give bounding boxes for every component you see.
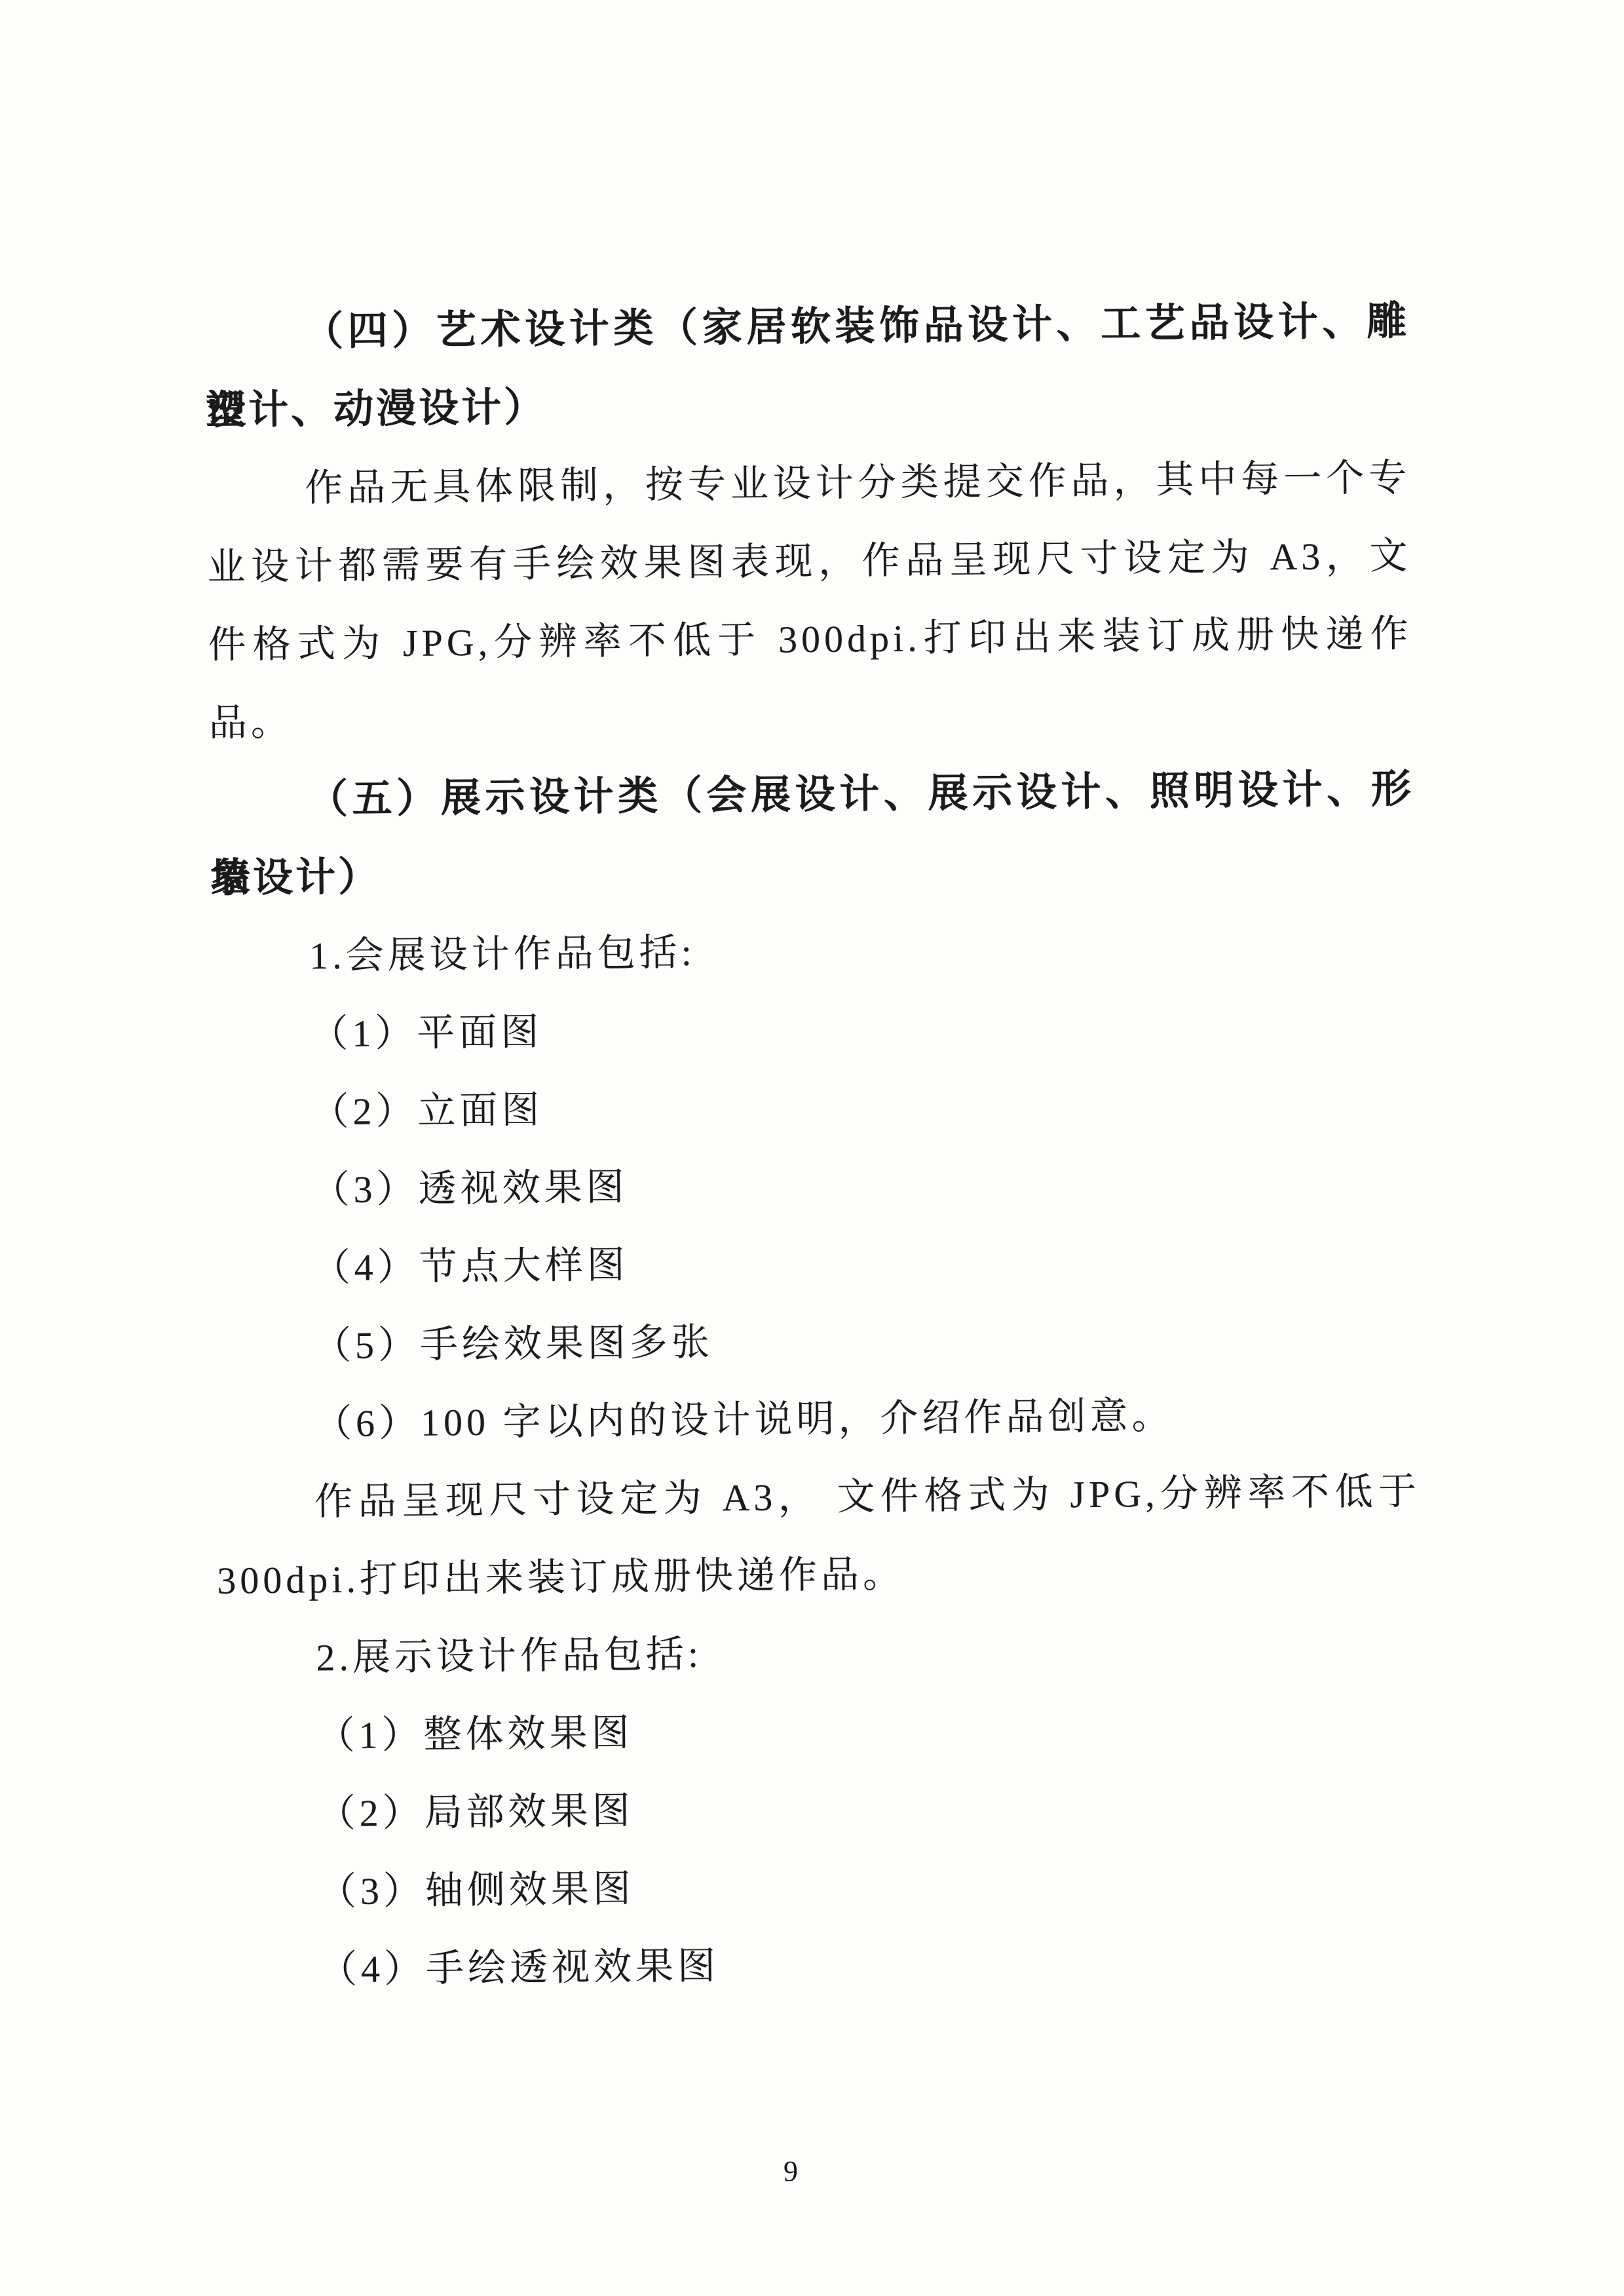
- list-item-partial-rendering: （2）局部效果图: [219, 1764, 1424, 1854]
- document-content: （四）艺术设计类（家居软装饰品设计、工艺品设计、雕塑 设计、动漫设计） 作品无具…: [204, 282, 1425, 2010]
- section-heading-art-design-line-2: 设计、动漫设计）: [206, 360, 1410, 450]
- section-heading-display-design-line-1: （五）展示设计类（会展设计、展示设计、照明设计、形象: [209, 750, 1414, 840]
- section-heading-art-design-line-1: （四）艺术设计类（家居软装饰品设计、工艺品设计、雕塑: [204, 282, 1409, 372]
- paragraph-art-design-line-4: 品。: [208, 672, 1413, 762]
- section-heading-display-design-line-2: 墙设计）: [210, 828, 1414, 918]
- paragraph-art-design-line-2: 业设计都需要有手绘效果图表现，作品呈现尺寸设定为 A3，文: [207, 516, 1412, 606]
- document-page: （四）艺术设计类（家居软装饰品设计、工艺品设计、雕塑 设计、动漫设计） 作品无具…: [0, 0, 1624, 2296]
- page-number: 9: [784, 2154, 798, 2189]
- list-header-exhibition-design: 1.会展设计作品包括:: [211, 906, 1416, 996]
- paragraph-art-design-line-3: 件格式为 JPG,分辨率不低于 300dpi.打印出来装订成册快递作: [208, 594, 1412, 684]
- paragraph-exhibition-format-line-2: 300dpi.打印出来装订成册快递作品。: [217, 1530, 1422, 1620]
- list-item-hand-drawn-renderings: （5）手绘效果图多张: [214, 1296, 1419, 1386]
- list-item-elevation-drawing: （2）立面图: [212, 1062, 1417, 1152]
- list-item-plan-drawing: （1）平面图: [212, 984, 1416, 1074]
- list-item-node-detail-drawing: （4）节点大样图: [214, 1218, 1418, 1308]
- list-item-perspective-rendering: （3）透视效果图: [213, 1140, 1418, 1230]
- list-item-axonometric-rendering: （3）轴侧效果图: [219, 1842, 1424, 1932]
- list-header-display-design: 2.展示设计作品包括:: [217, 1608, 1422, 1698]
- paragraph-exhibition-format-line-1: 作品呈现尺寸设定为 A3， 文件格式为 JPG,分辨率不低于: [216, 1452, 1421, 1542]
- list-item-design-description: （6）100 字以内的设计说明，介绍作品创意。: [215, 1374, 1420, 1464]
- list-item-hand-drawn-perspective-rendering: （4）手绘透视效果图: [220, 1920, 1425, 2010]
- list-item-overall-rendering: （1）整体效果图: [218, 1686, 1423, 1776]
- paragraph-art-design-line-1: 作品无具体限制，按专业设计分类提交作品，其中每一个专: [206, 438, 1411, 528]
